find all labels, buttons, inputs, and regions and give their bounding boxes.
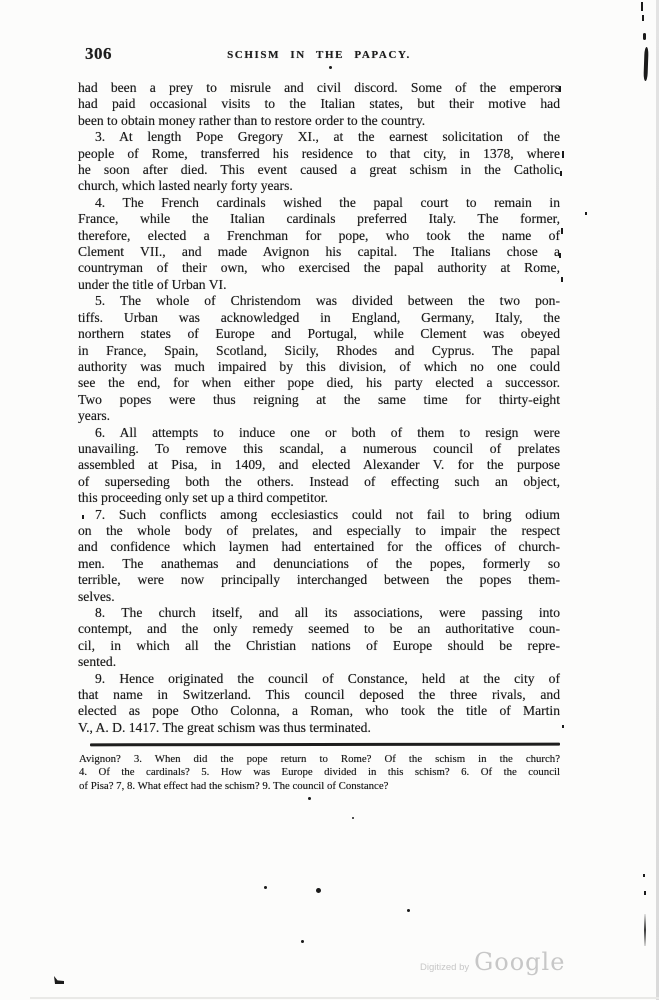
text-line: therefore, elected a Frenchman for pope,… [78,228,560,244]
text-line: contempt, and the only remedy seemed to … [78,621,560,637]
text-line: countryman of their own, who exercised t… [78,260,560,276]
paragraph: 4. The French cardinals wished the papal… [78,195,560,293]
scan-artifact [54,976,64,984]
paragraph: had been a prey to misrule and civil dis… [78,80,560,129]
scan-artifact [585,212,587,215]
body-text: had been a prey to misrule and civil dis… [78,80,560,736]
scan-artifact [560,171,562,176]
paragraph: 7. Such conflicts among ecclesiastics co… [78,507,560,605]
text-line: see the end, for when either pope died, … [78,375,560,391]
text-line: tiffs. Urban was acknowledged in England… [78,310,560,326]
text-line: and confidence which laymen had entertai… [78,539,560,555]
text-line: V., A. D. 1417. The great schism was thu… [78,720,560,736]
text-line: Clement VII., and made Avignon his capit… [78,244,560,260]
text-line: had been a prey to misrule and civil dis… [78,80,560,96]
scan-artifact [562,151,564,158]
digitized-by-google-watermark: Digitized by Google [420,948,565,976]
footnote-line: Avignon? 3. When did the pope return to … [79,753,560,766]
text-line: men. The anathemas and denunciations of … [78,556,560,572]
text-line: terrible, were now principally interchan… [78,572,560,588]
scan-artifact [264,886,267,889]
text-line: 7. Such conflicts among ecclesiastics co… [78,507,560,523]
text-line: he soon after died. This event caused a … [78,162,560,178]
paragraph: 6. All attempts to induce one or both of… [78,425,560,507]
paragraph: 9. Hence originated the council of Const… [78,671,560,737]
text-line: had paid occasional visits to the Italia… [78,96,560,112]
text-line: of superseding both the others. Instead … [78,474,560,490]
text-line: authority was much impaired by this divi… [78,359,560,375]
scan-artifact [82,515,84,519]
footnote-questions: Avignon? 3. When did the pope return to … [79,753,560,793]
scan-artifact [643,33,646,40]
running-head: SCHISM IN THE PAPACY. [78,49,560,61]
text-line: unavailing. To remove this scandal, a nu… [78,441,560,457]
text-line: Two popes were thus reigning at the same… [78,392,560,408]
paragraph: 8. The church itself, and all its associ… [78,605,560,671]
scan-artifact [308,797,311,800]
text-line: 4. The French cardinals wished the papal… [78,195,560,211]
scan-artifact [352,817,354,819]
text-line: sented. [78,654,560,670]
text-line: France, while the Italian cardinals pref… [78,211,560,227]
scan-artifact [561,277,563,282]
scan-artifact [643,874,645,877]
text-line: people of Rome, transferred his residenc… [78,146,560,162]
footnote-line: of Pisa? 7, 8. What effect had the schis… [79,780,560,793]
scan-artifact [407,909,410,912]
text-line: 8. The church itself, and all its associ… [78,605,560,621]
scan-artifact [644,891,646,895]
text-line: cil, in which all the Christian nations … [78,638,560,654]
scan-artifact [559,253,561,258]
scan-artifact [643,47,648,81]
footnote-line: 4. Of the cardinals? 5. How was Europe d… [79,766,560,779]
text-line: that name in Switzerland. This council d… [78,687,560,703]
text-line: elected as pope Otho Colonna, a Roman, w… [78,703,560,719]
text-line: selves. [78,589,560,605]
text-line: 5. The whole of Christendom was divided … [78,293,560,309]
paragraph: 3. At length Pope Gregory XI., at the ea… [78,129,560,195]
book-page: 306 SCHISM IN THE PAPACY. had been a pre… [0,0,659,1000]
scan-artifact [644,914,646,946]
text-line: on the whole body of prelates, and espec… [78,523,560,539]
google-logo: Google [474,948,565,976]
scan-artifact [562,725,564,728]
text-line: been to obtain money rather than to rest… [78,113,560,129]
text-line: church, which lasted nearly forty years. [78,178,560,194]
text-line: northern states of Europe and Portugal, … [78,326,560,342]
watermark-prefix: Digitized by [420,962,469,973]
scan-artifact [561,228,563,234]
text-line: 6. All attempts to induce one or both of… [78,425,560,441]
scan-artifact [559,86,561,92]
text-line: in France, Spain, Scotland, Sicily, Rhod… [78,343,560,359]
text-line: 9. Hence originated the council of Const… [78,671,560,687]
text-line: 3. At length Pope Gregory XI., at the ea… [78,129,560,145]
text-line: assembled at Pisa, in 1409, and elected … [78,457,560,473]
page-edge-shadow-bottom [30,997,659,999]
text-line: under the title of Urban VI. [78,277,560,293]
scan-artifact [641,2,643,11]
text-line: years. [78,408,560,424]
paragraph: 5. The whole of Christendom was divided … [78,293,560,424]
scan-artifact [642,15,644,21]
scan-artifact [329,66,332,69]
text-line: this proceeding only set up a third comp… [78,490,560,506]
scan-artifact [316,888,321,893]
scan-artifact [301,940,304,943]
footnote-rule [90,743,560,747]
